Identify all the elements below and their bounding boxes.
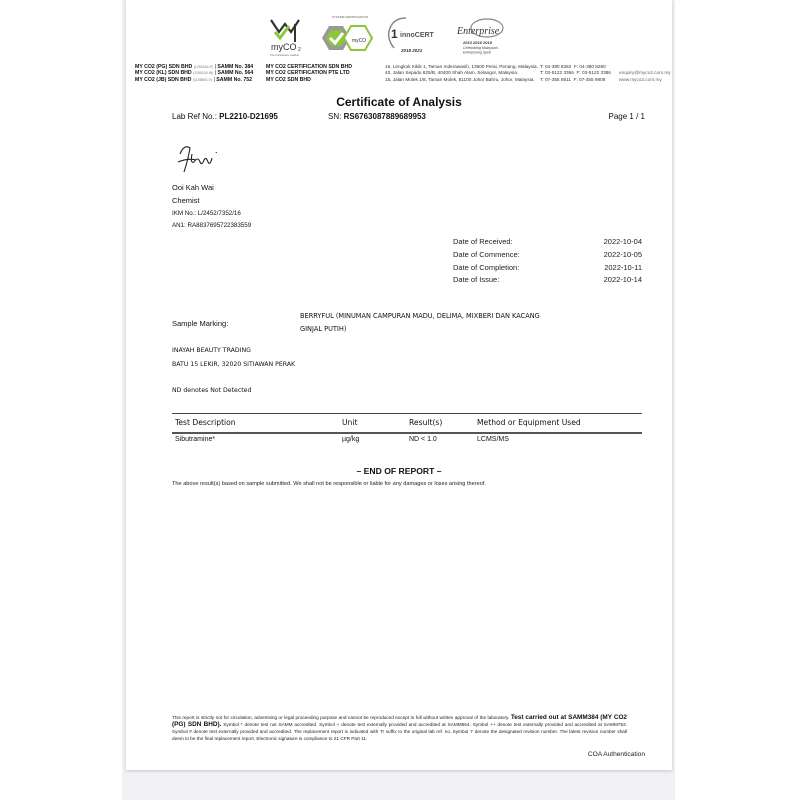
an1-number: AN1: RA8837695722383559 — [172, 222, 251, 229]
table-rule-top — [172, 413, 642, 414]
table-rule-header — [172, 432, 642, 434]
myco2-mark-icon: myCO 2 The Compliance Catalyst — [261, 12, 309, 60]
col-results: Result(s) — [409, 418, 442, 427]
svg-text:2: 2 — [298, 47, 301, 53]
sample-line-1: BERRYFUL (MINUMAN CAMPURAN MADU, DELIMA,… — [300, 310, 630, 323]
sample-marking-value: BERRYFUL (MINUMAN CAMPURAN MADU, DELIMA,… — [300, 310, 630, 335]
page-title: Certificate of Analysis — [126, 95, 672, 109]
sample-line-2: GINJAL PUTIH) — [300, 323, 630, 336]
lab-ref-value: PL2210-D21695 — [219, 112, 278, 121]
svg-text:innoCERT: innoCERT — [400, 32, 435, 39]
innocert-bulb-icon: 1 innoCERT 2018 2021 — [384, 12, 436, 60]
company-phone: T: 03-5122 3366 — [540, 70, 574, 75]
cert-company: MY CO2 CERTIFICATION PTE LTD — [266, 70, 350, 76]
date-issue-label: Date of Issue: — [453, 275, 499, 284]
customer-address: BATU 15 LEKIR, 32020 SITIAWAN PERAK — [172, 361, 295, 368]
svg-text:The Compliance Catalyst: The Compliance Catalyst — [270, 53, 299, 57]
date-commence-label: Date of Commence: — [453, 250, 520, 259]
company-name: MY CO2 (KL) SDN BHD — [135, 70, 192, 76]
certification-check-icon: SYSTEM CERTIFICATION myCO — [316, 12, 376, 60]
svg-text:SYSTEM CERTIFICATION: SYSTEM CERTIFICATION — [332, 15, 368, 19]
cert-company: MY CO2 SDN BHD — [266, 77, 311, 83]
sample-marking-label: Sample Marking: — [172, 319, 228, 328]
col-test-description: Test Description — [175, 418, 236, 427]
company-name: MY CO2 (PG) SDN BHD — [135, 64, 192, 70]
enterprise50-logo: Enterprise 2013 2016 2019 Celebrating Ma… — [451, 12, 511, 60]
end-of-report: – END OF REPORT – — [126, 466, 672, 476]
footer-symbols-note: Symbol * denote test not SAMM accredited… — [172, 722, 627, 741]
innocert-logo: 1 innoCERT 2018 2021 — [384, 12, 436, 60]
cell-unit: µg/kg — [342, 436, 359, 443]
svg-text:Enterprising Spirit: Enterprising Spirit — [463, 51, 492, 55]
date-completion-value: 2022-10-11 — [604, 263, 642, 272]
company-phone: T: 04-380 8282 — [540, 64, 571, 69]
cell-test: Sibutramine* — [175, 436, 215, 443]
col-method: Method or Equipment Used — [477, 418, 581, 427]
page-number: Page 1 / 1 — [609, 112, 645, 121]
company-fax: F: 07-355 9808 — [574, 77, 606, 82]
date-received-label: Date of Received: — [453, 237, 513, 246]
svg-text:2018 2021: 2018 2021 — [400, 48, 423, 53]
svg-text:Enterprise: Enterprise — [456, 26, 500, 37]
date-completion-label: Date of Completion: — [453, 263, 519, 272]
date-issue-value: 2022-10-14 — [604, 275, 642, 284]
cert-company: MY CO2 CERTIFICATION SDN BHD — [266, 64, 352, 70]
svg-text:myCO: myCO — [352, 38, 366, 44]
chemist-title: Chemist — [172, 196, 200, 205]
nd-note: ND denotes Not Detected — [172, 387, 251, 394]
sn-value: RS6763087889689953 — [344, 112, 426, 121]
company-phone: T: 07-355 8811 — [540, 77, 571, 82]
sn-label: SN: — [328, 112, 341, 121]
coa-authentication-link[interactable]: COA Authentication — [588, 751, 645, 758]
cell-method: LCMS/MS — [477, 436, 509, 443]
lab-ref: Lab Ref No.: PL2210-D21695 — [172, 112, 278, 121]
disclaimer: The above result(s) based on sample subm… — [172, 481, 486, 487]
cell-result: ND < 1.0 — [409, 436, 437, 443]
company-fax: F: 04-380 8280 — [574, 64, 606, 69]
company-fax: F: 03-5122 3386 — [577, 70, 611, 75]
col-unit: Unit — [342, 418, 357, 427]
samm-number: SAMM No. 752 — [216, 77, 252, 83]
company-address: 15, Jalan Molek 1/8, Taman Molek, 81100 … — [385, 77, 545, 83]
footer-circulation-note: This report is strictly not for circulat… — [172, 715, 509, 720]
system-certification-logo: SYSTEM CERTIFICATION myCO — [316, 12, 376, 60]
date-received-value: 2022-10-04 — [604, 237, 642, 246]
enterprise-script-icon: Enterprise 2013 2016 2019 Celebrating Ma… — [451, 12, 511, 60]
svg-text:1: 1 — [391, 27, 398, 41]
customer-name: INAYAH BEAUTY TRADING — [172, 347, 251, 354]
samm-number: SAMM No. 384 — [217, 64, 253, 70]
company-website[interactable]: www.myco2.com.my — [619, 77, 689, 83]
chemist-name: Ooi Kah Wai — [172, 183, 214, 192]
certificate-page: myCO 2 The Compliance Catalyst SYSTEM CE… — [126, 0, 672, 770]
company-name: MY CO2 (JB) SDN BHD — [135, 77, 191, 83]
svg-text:2013 2016 2019: 2013 2016 2019 — [462, 40, 493, 45]
myco2-logo: myCO 2 The Compliance Catalyst — [261, 12, 309, 60]
samm-number: SAMM No. 564 — [218, 70, 254, 76]
svg-text:myCO: myCO — [271, 42, 297, 52]
svg-text:Celebrating Malaysia's: Celebrating Malaysia's — [463, 46, 498, 50]
ikm-number: IKM No.: L/2452/7352/16 — [172, 210, 241, 217]
footer-notes: This report is strictly not for circulat… — [172, 714, 627, 742]
lab-ref-label: Lab Ref No.: — [172, 112, 217, 121]
signature-icon — [174, 140, 224, 178]
serial-number: SN: RS6763087889689953 — [328, 112, 426, 121]
date-commence-value: 2022-10-05 — [604, 250, 642, 259]
